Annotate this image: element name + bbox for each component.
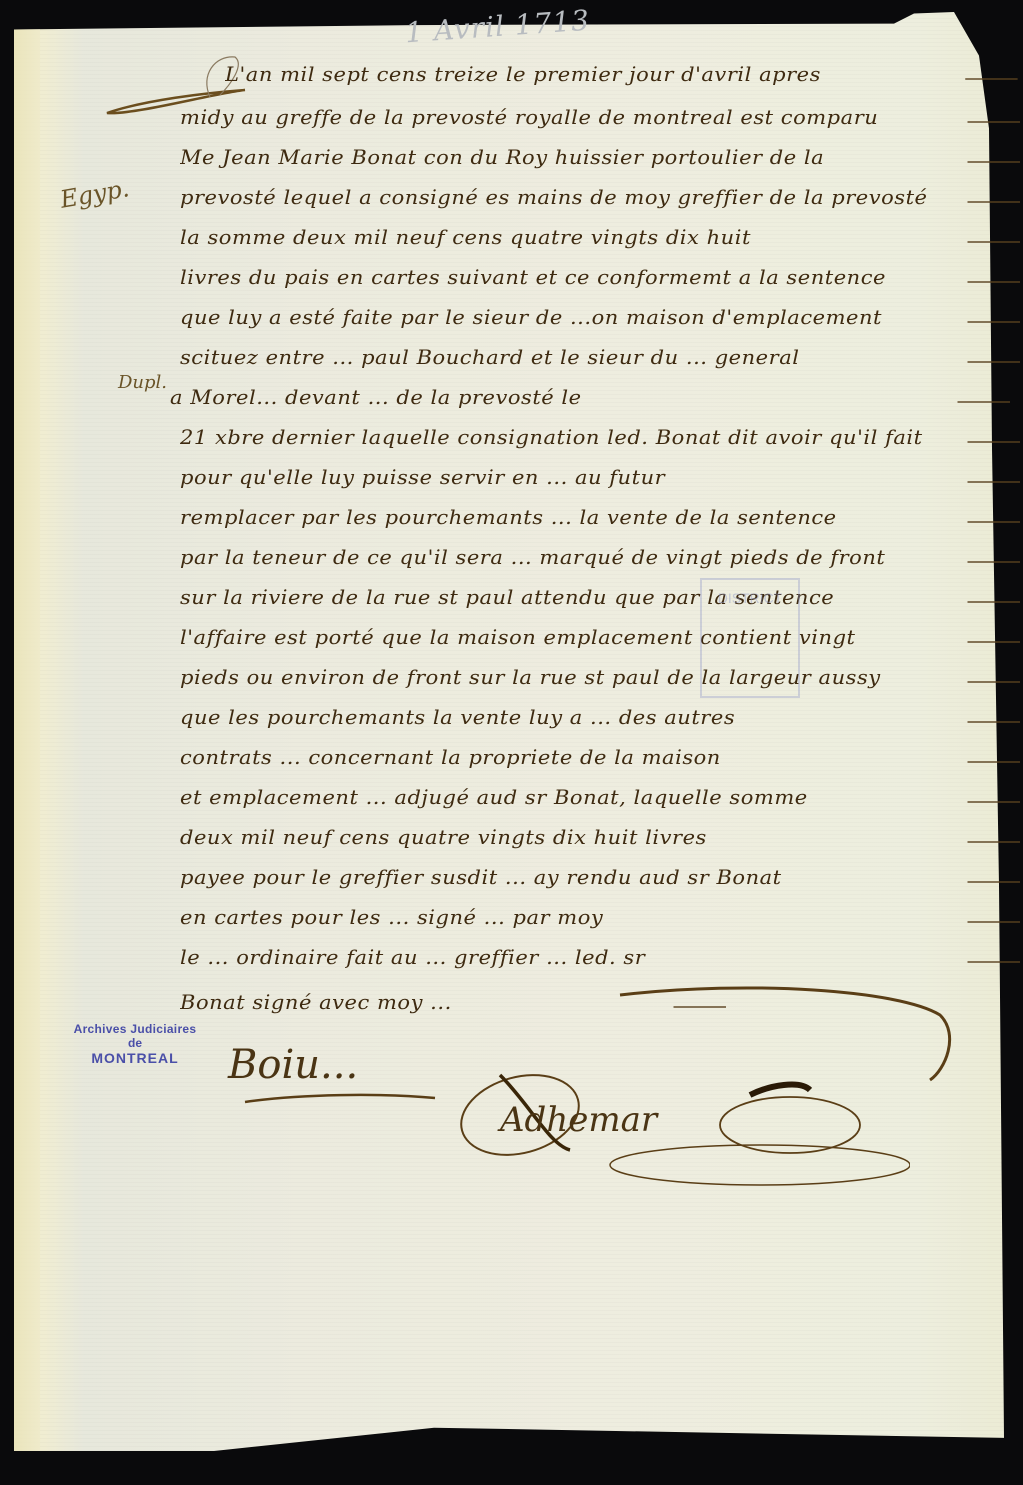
manuscript-line: prevosté lequel a consigné es mains de m… <box>180 185 1020 209</box>
stamp-line: Archives Judiciaires <box>60 1022 210 1036</box>
manuscript-line: deux mil neuf cens quatre vingts dix hui… <box>180 825 1020 849</box>
manuscript-line: par la teneur de ce qu'il sera ... marqu… <box>180 545 1020 569</box>
manuscript-line: en cartes pour les ... signé ... par moy <box>180 905 1020 929</box>
manuscript-line: livres du pais en cartes suivant et ce c… <box>180 265 1020 289</box>
manuscript-line: sur la riviere de la rue st paul attendu… <box>180 585 1020 609</box>
manuscript-line: l'affaire est porté que la maison emplac… <box>180 625 1020 649</box>
signature-underline <box>240 1090 440 1110</box>
manuscript-line: le ... ordinaire fait au ... greffier ..… <box>180 945 1020 969</box>
manuscript-line: payee pour le greffier susdit ... ay ren… <box>180 865 1020 889</box>
stamp-line: de <box>60 1036 210 1050</box>
manuscript-line: remplacer par les pourchemants ... la ve… <box>180 505 1020 529</box>
faded-archive-stamp: DISTRICT <box>700 578 800 698</box>
paper-edge <box>14 12 40 1467</box>
manuscript-line: contrats ... concernant la propriete de … <box>180 745 1020 769</box>
manuscript-line: pour qu'elle luy puisse servir en ... au… <box>180 465 1020 489</box>
manuscript-line: que les pourchemants la vente luy a ... … <box>180 705 1020 729</box>
manuscript-line: pieds ou environ de front sur la rue st … <box>180 665 1020 689</box>
signature-adhemar: Adhemar <box>500 1100 657 1140</box>
archives-stamp: Archives Judiciaires de MONTREAL <box>60 1022 210 1066</box>
manuscript-line: que luy a esté faite par le sieur de ...… <box>180 305 1020 329</box>
manuscript-line: Me Jean Marie Bonat con du Roy huissier … <box>180 145 1020 169</box>
manuscript-line: L'an mil sept cens treize le premier jou… <box>225 62 1018 86</box>
manuscript-line: et emplacement ... adjugé aud sr Bonat, … <box>180 785 1020 809</box>
manuscript-line: 21 xbre dernier laquelle consignation le… <box>180 425 1020 449</box>
signature-boiu: Boiu... <box>228 1042 358 1088</box>
manuscript-line: midy au greffe de la prevosté royalle de… <box>180 105 1020 129</box>
manuscript-line: scituez entre ... paul Bouchard et le si… <box>180 345 1020 369</box>
margin-note: Dupl. <box>118 372 167 393</box>
manuscript-line: a Morel... devant ... de la prevosté le <box>170 385 1010 409</box>
stamp-line: MONTREAL <box>60 1050 210 1066</box>
manuscript-line: la somme deux mil neuf cens quatre vingt… <box>180 225 1020 249</box>
